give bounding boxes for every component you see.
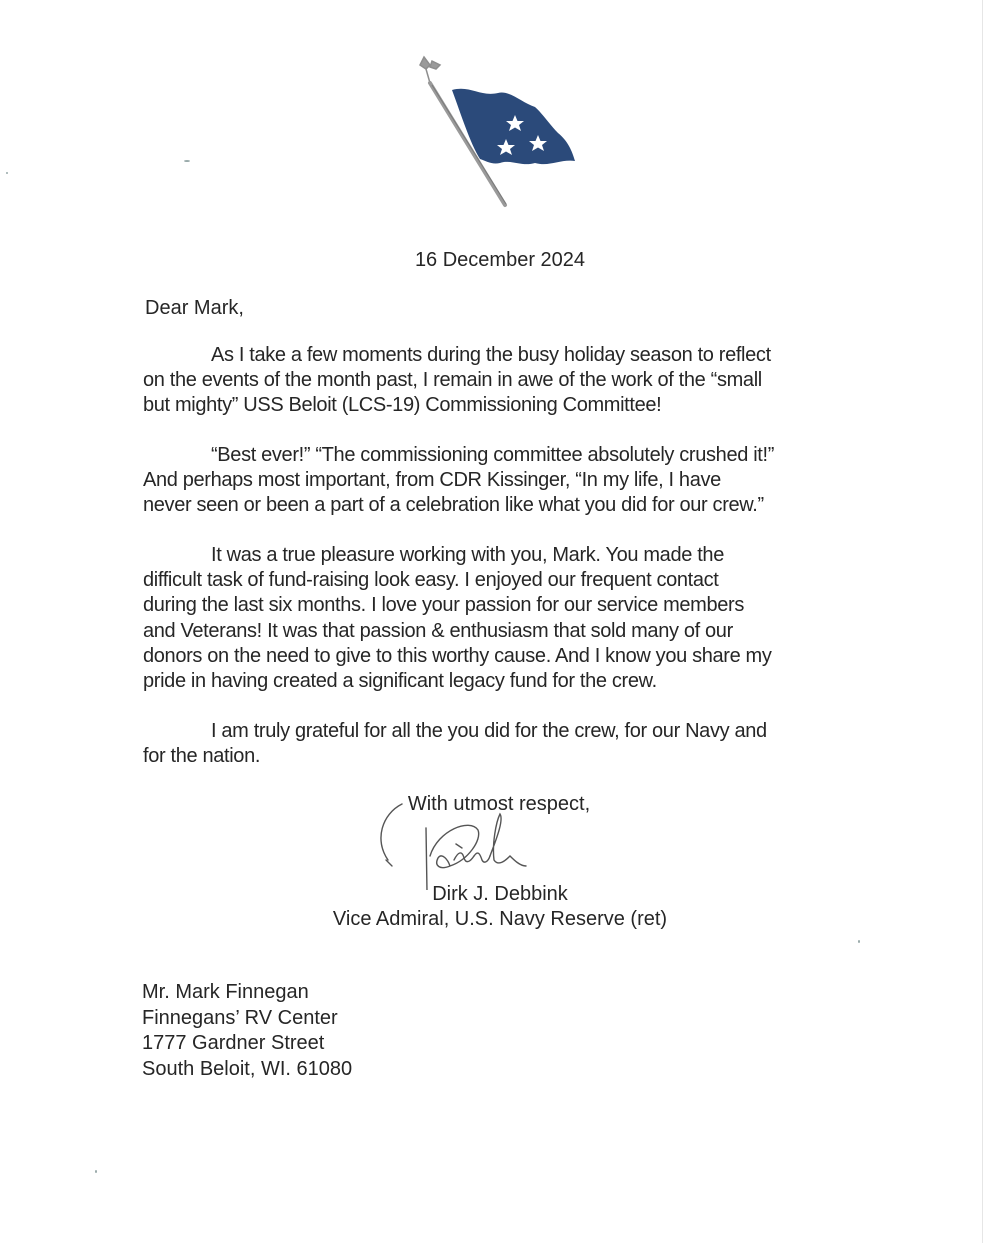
letter-page: 16 December 2024 Dear Mark, As I take a … — [0, 0, 1000, 1243]
scan-speck — [95, 1170, 97, 1173]
signer-title: Vice Admiral, U.S. Navy Reserve (ret) — [0, 908, 1000, 931]
scan-speck — [6, 172, 8, 174]
body-paragraph-4: I am truly grateful for all the you did … — [143, 719, 863, 769]
letter-date: 16 December 2024 — [0, 249, 1000, 272]
vice-admiral-flag-icon — [410, 55, 580, 210]
address-line: Finnegans’ RV Center — [142, 1006, 352, 1032]
body-paragraph-2: “Best ever!” “The commissioning committe… — [143, 443, 863, 519]
address-line: South Beloit, WI. 61080 — [142, 1057, 352, 1083]
signer-name: Dirk J. Debbink — [0, 883, 1000, 906]
body-paragraph-1: As I take a few moments during the busy … — [143, 343, 863, 419]
scan-speck — [858, 940, 860, 943]
handwritten-signature-icon — [370, 800, 570, 890]
address-line: 1777 Gardner Street — [142, 1031, 352, 1057]
body-paragraph-3: It was a true pleasure working with you,… — [143, 543, 863, 694]
scan-speck — [184, 160, 190, 162]
scan-edge-line — [982, 0, 983, 1243]
salutation: Dear Mark, — [145, 297, 244, 320]
recipient-address: Mr. Mark Finnegan Finnegans’ RV Center 1… — [142, 980, 352, 1082]
address-line: Mr. Mark Finnegan — [142, 980, 352, 1006]
